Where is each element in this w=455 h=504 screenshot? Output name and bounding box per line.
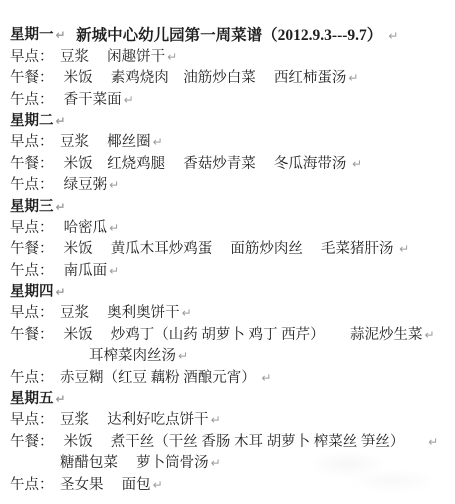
menu-line: 豆浆 椰丝圈↵: [60, 132, 449, 153]
row-label: 早点：: [10, 303, 60, 324]
menu-line: 豆浆 闲趣饼干↵: [60, 47, 449, 68]
row-lines: 米饭 素鸡烧肉 油筋炒白菜 西红柿蛋汤↵: [60, 68, 449, 89]
menu-line-text: 豆浆 奥利奥饼干: [60, 305, 180, 321]
row-label: 早点：: [10, 410, 60, 431]
day-header: 星期二↵: [10, 111, 449, 132]
page-title: 新城中心幼儿园第一周菜谱（2012.9.3---9.7）: [76, 27, 382, 44]
title-line: 新城中心幼儿园第一周菜谱（2012.9.3---9.7）↵: [10, 4, 449, 25]
day-list: 星期一↵早点：豆浆 闲趣饼干↵午餐： 米饭 素鸡烧肉 油筋炒白菜 西红柿蛋汤↵午…: [10, 25, 449, 496]
menu-line: 哈密瓜↵: [60, 218, 449, 239]
menu-row: 午餐： 米饭 素鸡烧肉 油筋炒白菜 西红柿蛋汤↵: [10, 68, 449, 89]
day-section: 星期二↵早点：豆浆 椰丝圈↵午餐： 米饭 红烧鸡腿 香菇炒青菜 冬瓜海带汤 ↵午…: [10, 111, 449, 197]
row-label: 早点：: [10, 218, 60, 239]
menu-row: 午餐： 米饭 红烧鸡腿 香菇炒青菜 冬瓜海带汤 ↵: [10, 154, 449, 175]
day-header: 星期四↵: [10, 282, 449, 303]
row-lines: 米饭 炒鸡丁（山药 胡萝卜 鸡丁 西芹） 蒜泥炒生菜↵ 耳榨菜肉丝汤↵: [60, 325, 449, 368]
row-lines: 香干菜面↵: [60, 90, 449, 111]
return-mark-icon: ↵: [423, 328, 435, 342]
menu-line-text: 哈密瓜: [60, 220, 107, 236]
menu-line: 南瓜面↵: [60, 261, 449, 282]
row-label: 午餐：: [10, 154, 60, 175]
return-mark-icon: ↵: [346, 71, 358, 85]
return-mark-icon: ↵: [151, 135, 163, 149]
row-label: 午餐：: [10, 432, 60, 453]
menu-row: 午点： 绿豆粥↵: [10, 175, 449, 196]
row-lines: 豆浆 闲趣饼干↵: [60, 47, 449, 68]
row-lines: 豆浆 达利好吃点饼干↵: [60, 410, 449, 431]
return-mark-icon: ↵: [54, 28, 66, 42]
row-label: 午点：: [10, 261, 60, 282]
menu-row: 午餐： 米饭 黄瓜木耳炒鸡蛋 面筋炒肉丝 毛菜猪肝汤 ↵: [10, 239, 449, 260]
row-lines: 赤豆糊（红豆 藕粉 酒酿元宵） ↵: [60, 368, 449, 389]
row-label: 午餐：: [10, 239, 60, 260]
menu-row: 午点：圣女果 面包↵: [10, 475, 449, 496]
return-mark-icon: ↵: [259, 371, 271, 385]
row-lines: 圣女果 面包↵: [60, 475, 449, 496]
menu-line-text: 耳榨菜肉丝汤: [60, 348, 176, 364]
return-mark-icon: ↵: [107, 264, 119, 278]
row-lines: 米饭 红烧鸡腿 香菇炒青菜 冬瓜海带汤 ↵: [60, 154, 449, 175]
row-label: 早点：: [10, 132, 60, 153]
menu-line: 香干菜面↵: [60, 90, 449, 111]
row-label: 午点：: [10, 475, 60, 496]
menu-line-text: 南瓜面: [60, 263, 107, 279]
menu-line: 米饭 煮干丝（干丝 香肠 木耳 胡萝卜 榨菜丝 笋丝） ↵: [60, 432, 449, 453]
return-mark-icon: ↵: [54, 114, 66, 128]
menu-document: 新城中心幼儿园第一周菜谱（2012.9.3---9.7）↵ 星期一↵早点：豆浆 …: [0, 0, 455, 504]
menu-line: 糖醋包菜 萝卜筒骨汤↵: [60, 453, 449, 474]
row-lines: 米饭 黄瓜木耳炒鸡蛋 面筋炒肉丝 毛菜猪肝汤 ↵: [60, 239, 449, 260]
menu-row: 早点： 哈密瓜↵: [10, 218, 449, 239]
menu-line: 米饭 炒鸡丁（山药 胡萝卜 鸡丁 西芹） 蒜泥炒生菜↵: [60, 325, 449, 346]
return-mark-icon: ↵: [180, 306, 192, 320]
menu-line-text: 圣女果 面包: [60, 477, 151, 493]
row-label: 午餐：: [10, 325, 60, 346]
menu-line-text: 豆浆 椰丝圈: [60, 134, 151, 150]
day-header: 星期三↵: [10, 197, 449, 218]
row-lines: 南瓜面↵: [60, 261, 449, 282]
menu-row: 早点：豆浆 闲趣饼干↵: [10, 47, 449, 68]
menu-row: 早点：豆浆 奥利奥饼干↵: [10, 303, 449, 324]
return-mark-icon: ↵: [209, 456, 221, 470]
menu-line-text: 米饭 煮干丝（干丝 香肠 木耳 胡萝卜 榨菜丝 笋丝）: [60, 434, 426, 450]
menu-line-text: 米饭 黄瓜木耳炒鸡蛋 面筋炒肉丝 毛菜猪肝汤: [60, 241, 397, 257]
menu-line: 米饭 素鸡烧肉 油筋炒白菜 西红柿蛋汤↵: [60, 68, 449, 89]
menu-line-text: 米饭 炒鸡丁（山药 胡萝卜 鸡丁 西芹） 蒜泥炒生菜: [60, 327, 423, 343]
menu-line-text: 香干菜面: [60, 92, 122, 108]
return-mark-icon: ↵: [209, 413, 221, 427]
menu-line: 绿豆粥↵: [60, 175, 449, 196]
day-section: 星期三↵早点： 哈密瓜↵午餐： 米饭 黄瓜木耳炒鸡蛋 面筋炒肉丝 毛菜猪肝汤 ↵…: [10, 197, 449, 283]
menu-line-text: 糖醋包菜 萝卜筒骨汤: [60, 455, 209, 471]
row-label: 午点：: [10, 368, 60, 389]
menu-line-text: 豆浆 闲趣饼干: [60, 49, 165, 65]
menu-row: 午点：赤豆糊（红豆 藕粉 酒酿元宵） ↵: [10, 368, 449, 389]
row-label: 早点：: [10, 47, 60, 68]
menu-row: 午餐： 米饭 煮干丝（干丝 香肠 木耳 胡萝卜 榨菜丝 笋丝） ↵糖醋包菜 萝卜…: [10, 432, 449, 475]
menu-line-text: 豆浆 达利好吃点饼干: [60, 412, 209, 428]
return-mark-icon: ↵: [397, 242, 409, 256]
row-lines: 米饭 煮干丝（干丝 香肠 木耳 胡萝卜 榨菜丝 笋丝） ↵糖醋包菜 萝卜筒骨汤↵: [60, 432, 449, 475]
day-section: 星期四↵早点：豆浆 奥利奥饼干↵午餐： 米饭 炒鸡丁（山药 胡萝卜 鸡丁 西芹）…: [10, 282, 449, 389]
menu-row: 早点：豆浆 达利好吃点饼干↵: [10, 410, 449, 431]
return-mark-icon: ↵: [54, 285, 66, 299]
menu-row: 午餐： 米饭 炒鸡丁（山药 胡萝卜 鸡丁 西芹） 蒜泥炒生菜↵ 耳榨菜肉丝汤↵: [10, 325, 449, 368]
menu-line: 赤豆糊（红豆 藕粉 酒酿元宵） ↵: [60, 368, 449, 389]
return-mark-icon: ↵: [54, 200, 66, 214]
return-mark-icon: ↵: [382, 29, 398, 43]
row-label: 午点：: [10, 90, 60, 111]
row-lines: 豆浆 椰丝圈↵: [60, 132, 449, 153]
return-mark-icon: ↵: [54, 392, 66, 406]
day-section: 星期五↵早点：豆浆 达利好吃点饼干↵午餐： 米饭 煮干丝（干丝 香肠 木耳 胡萝…: [10, 389, 449, 496]
menu-line-text: 绿豆粥: [60, 177, 107, 193]
row-lines: 哈密瓜↵: [60, 218, 449, 239]
return-mark-icon: ↵: [107, 221, 119, 235]
day-header: 星期五↵: [10, 389, 449, 410]
menu-line: 豆浆 奥利奥饼干↵: [60, 303, 449, 324]
return-mark-icon: ↵: [176, 349, 188, 363]
menu-line: 米饭 红烧鸡腿 香菇炒青菜 冬瓜海带汤 ↵: [60, 154, 449, 175]
return-mark-icon: ↵: [122, 93, 134, 107]
day-name: 星期二: [10, 113, 54, 129]
menu-row: 午点： 香干菜面↵: [10, 90, 449, 111]
return-mark-icon: ↵: [107, 178, 119, 192]
menu-line: 米饭 黄瓜木耳炒鸡蛋 面筋炒肉丝 毛菜猪肝汤 ↵: [60, 239, 449, 260]
menu-line: 豆浆 达利好吃点饼干↵: [60, 410, 449, 431]
return-mark-icon: ↵: [151, 478, 163, 492]
return-mark-icon: ↵: [165, 50, 177, 64]
day-name: 星期三: [10, 199, 54, 215]
row-lines: 绿豆粥↵: [60, 175, 449, 196]
menu-line-text: 米饭 素鸡烧肉 油筋炒白菜 西红柿蛋汤: [60, 70, 346, 86]
day-name: 星期五: [10, 391, 54, 407]
menu-line-text: 赤豆糊（红豆 藕粉 酒酿元宵）: [60, 370, 259, 386]
menu-line: 圣女果 面包↵: [60, 475, 449, 496]
day-name: 星期四: [10, 284, 54, 300]
menu-line: 耳榨菜肉丝汤↵: [60, 346, 449, 367]
return-mark-icon: ↵: [350, 157, 362, 171]
menu-line-text: 米饭 红烧鸡腿 香菇炒青菜 冬瓜海带汤: [60, 156, 350, 172]
return-mark-icon: ↵: [426, 435, 438, 449]
menu-row: 早点：豆浆 椰丝圈↵: [10, 132, 449, 153]
row-lines: 豆浆 奥利奥饼干↵: [60, 303, 449, 324]
row-label: 午点：: [10, 175, 60, 196]
row-label: 午餐：: [10, 68, 60, 89]
menu-row: 午点： 南瓜面↵: [10, 261, 449, 282]
day-name: 星期一: [10, 27, 54, 43]
